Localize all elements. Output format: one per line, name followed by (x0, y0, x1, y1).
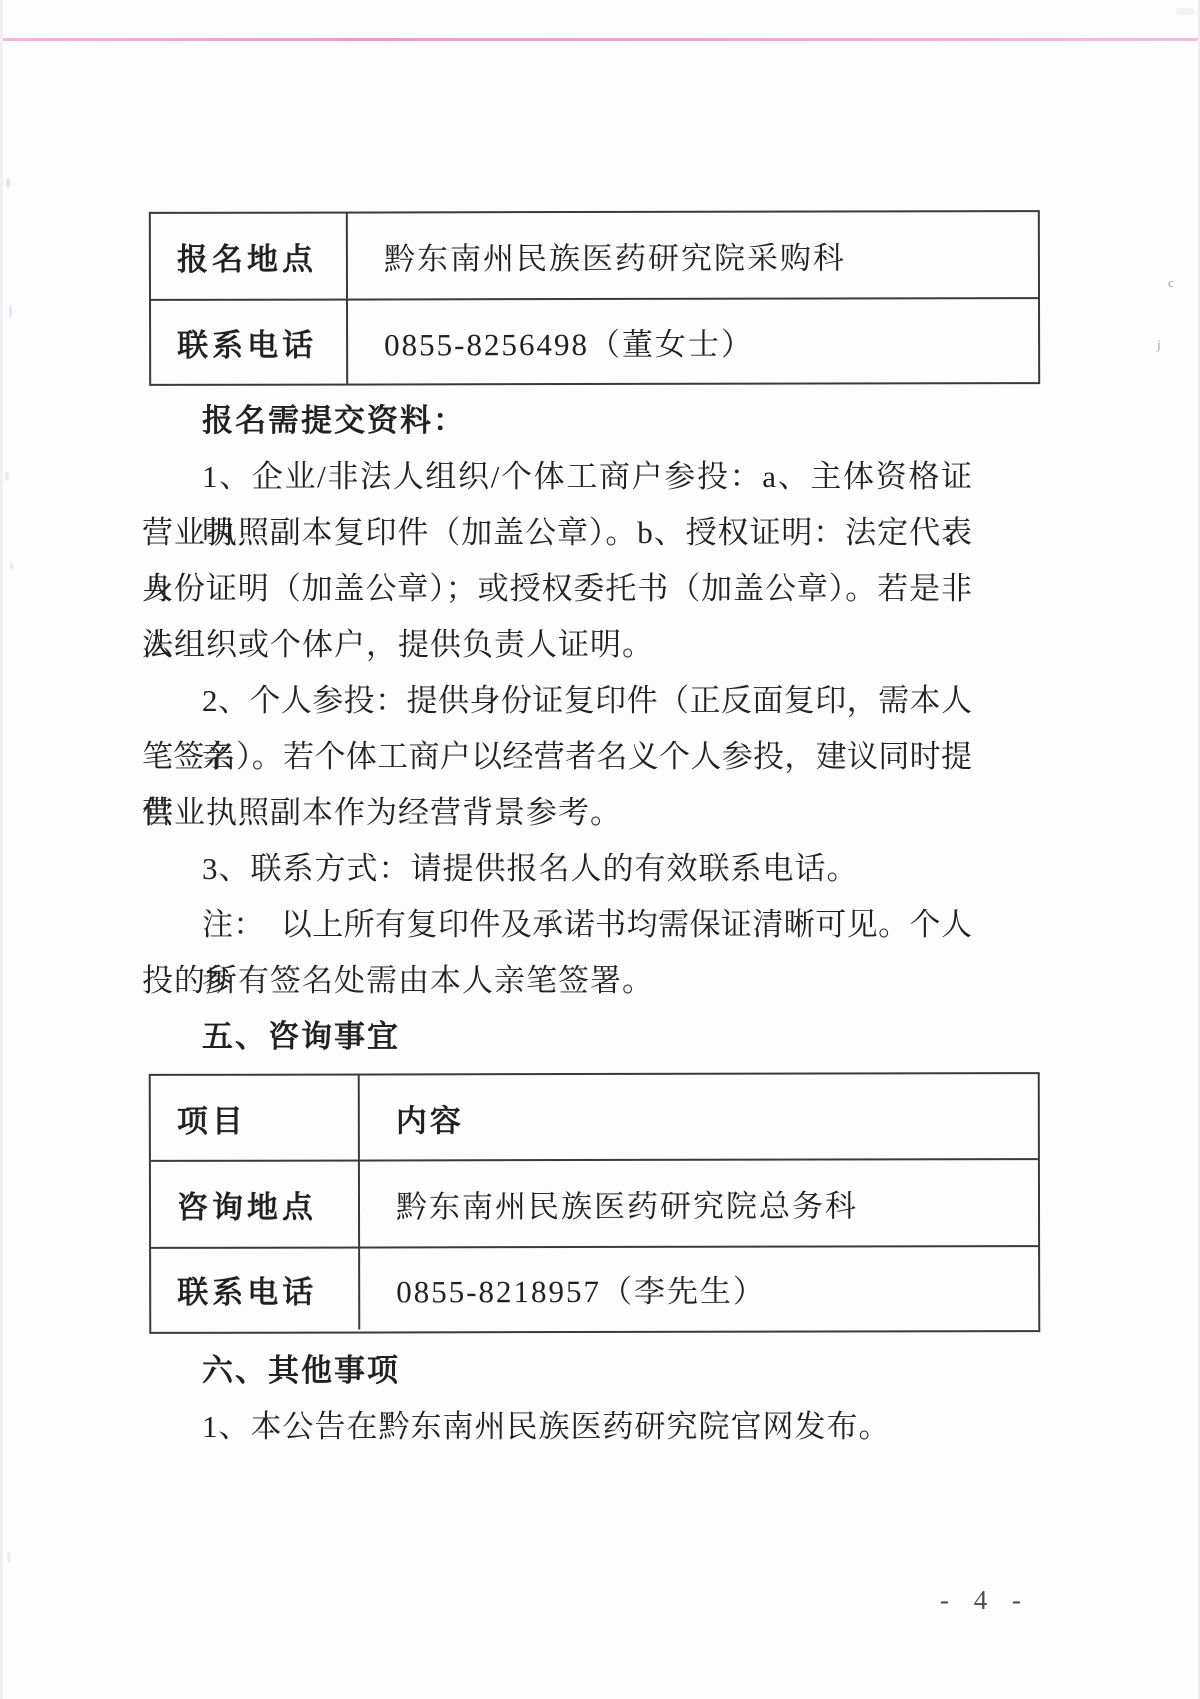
paragraph-line: 营业执照副本作为经营背景参考。 (142, 785, 972, 841)
note-line: 注： 以上所有复印件及承诺书均需保证清晰可见。个人参 (142, 897, 972, 953)
scan-speck (7, 1552, 11, 1563)
scan-left-edge (0, 0, 3, 1699)
header-value-cell: 内容 (360, 1074, 1036, 1159)
consultation-phone-label: 联系电话 (177, 1267, 317, 1312)
closing-text-block: 六、其他事项 1、本公告在黔东南州民族医药研究院官网发布。 (142, 1343, 972, 1455)
row-label-cell: 联系电话 (151, 1248, 360, 1329)
scan-smudge (1176, 8, 1194, 15)
consultation-location-label: 咨询地点 (177, 1182, 317, 1227)
header-label-cell: 项目 (151, 1075, 360, 1159)
registration-phone-value: 0855-8256498（董女士） (384, 319, 754, 365)
registration-table: 报名地点 黔东南州民族医药研究院采购科 联系电话 0855-8256498（董女… (149, 210, 1040, 386)
body-text-block: 报名需提交资料： 1、企业/非法人组织/个体工商户参投：a、主体资格证明： 营业… (142, 393, 972, 1065)
row-label-cell: 联系电话 (151, 301, 348, 384)
paragraph-line: 人组织或个体户，提供负责人证明。 (142, 617, 972, 673)
scan-mark: c (1168, 276, 1174, 289)
registration-phone-label: 联系电话 (177, 320, 317, 365)
scan-mark: j (1157, 338, 1161, 351)
table-header-row: 项目 内容 (151, 1074, 1038, 1160)
paragraph-line: 营业执照副本复印件（加盖公章）。b、授权证明：法定代表人 (142, 505, 972, 561)
row-value-cell: 黔东南州民族医药研究院采购科 (348, 212, 1036, 298)
section-heading-6: 六、其他事项 (142, 1343, 972, 1399)
registration-location-value: 黔东南州民族医药研究院采购科 (384, 232, 846, 278)
row-value-cell: 0855-8218957（李先生） (360, 1247, 1036, 1329)
scan-speck (5, 472, 9, 481)
page-number: - 4 - (905, 1585, 1065, 1616)
paragraph-line: 1、企业/非法人组织/个体工商户参投：a、主体资格证明： (142, 449, 972, 505)
note-line: 投的所有签名处需由本人亲笔签署。 (142, 953, 972, 1009)
section-heading-5: 五、咨询事宜 (142, 1009, 972, 1065)
registration-location-label: 报名地点 (177, 234, 317, 279)
scan-speck (6, 178, 10, 188)
table-row: 咨询地点 黔东南州民族医药研究院总务科 (151, 1158, 1038, 1247)
consultation-table: 项目 内容 咨询地点 黔东南州民族医药研究院总务科 联系电话 0855-8218… (149, 1072, 1041, 1334)
table-row: 报名地点 黔东南州民族医药研究院采购科 (151, 212, 1038, 299)
materials-heading: 报名需提交资料： (142, 393, 972, 449)
scan-speck (9, 305, 12, 318)
document-page: c j 报名地点 黔东南州民族医药研究院采购科 联系电话 0855-825649… (0, 0, 1200, 1699)
table-row: 联系电话 0855-8218957（李先生） (151, 1245, 1038, 1330)
paragraph-line: 2、个人参投：提供身份证复印件（正反面复印，需本人亲 (142, 673, 972, 729)
item-column-header: 项目 (177, 1095, 247, 1140)
paragraph-line: 1、本公告在黔东南州民族医药研究院官网发布。 (142, 1399, 972, 1455)
paragraph-line: 身份证明（加盖公章）；或授权委托书（加盖公章）。若是非法 (142, 561, 972, 617)
paragraph-line: 3、联系方式：请提供报名人的有效联系电话。 (142, 841, 972, 897)
scan-speck (10, 562, 13, 571)
row-label-cell: 咨询地点 (151, 1161, 360, 1246)
row-value-cell: 0855-8256498（董女士） (348, 299, 1036, 383)
content-column-header: 内容 (396, 1095, 464, 1140)
scanner-pink-line (0, 38, 1200, 41)
paragraph-line: 笔签名）。若个体工商户以经营者名义个人参投，建议同时提供 (142, 729, 972, 785)
consultation-phone-value: 0855-8218957（李先生） (396, 1266, 766, 1312)
row-value-cell: 黔东南州民族医药研究院总务科 (360, 1160, 1036, 1246)
row-label-cell: 报名地点 (151, 214, 348, 299)
consultation-location-value: 黔东南州民族医药研究院总务科 (396, 1180, 858, 1226)
table-row: 联系电话 0855-8256498（董女士） (151, 297, 1038, 384)
